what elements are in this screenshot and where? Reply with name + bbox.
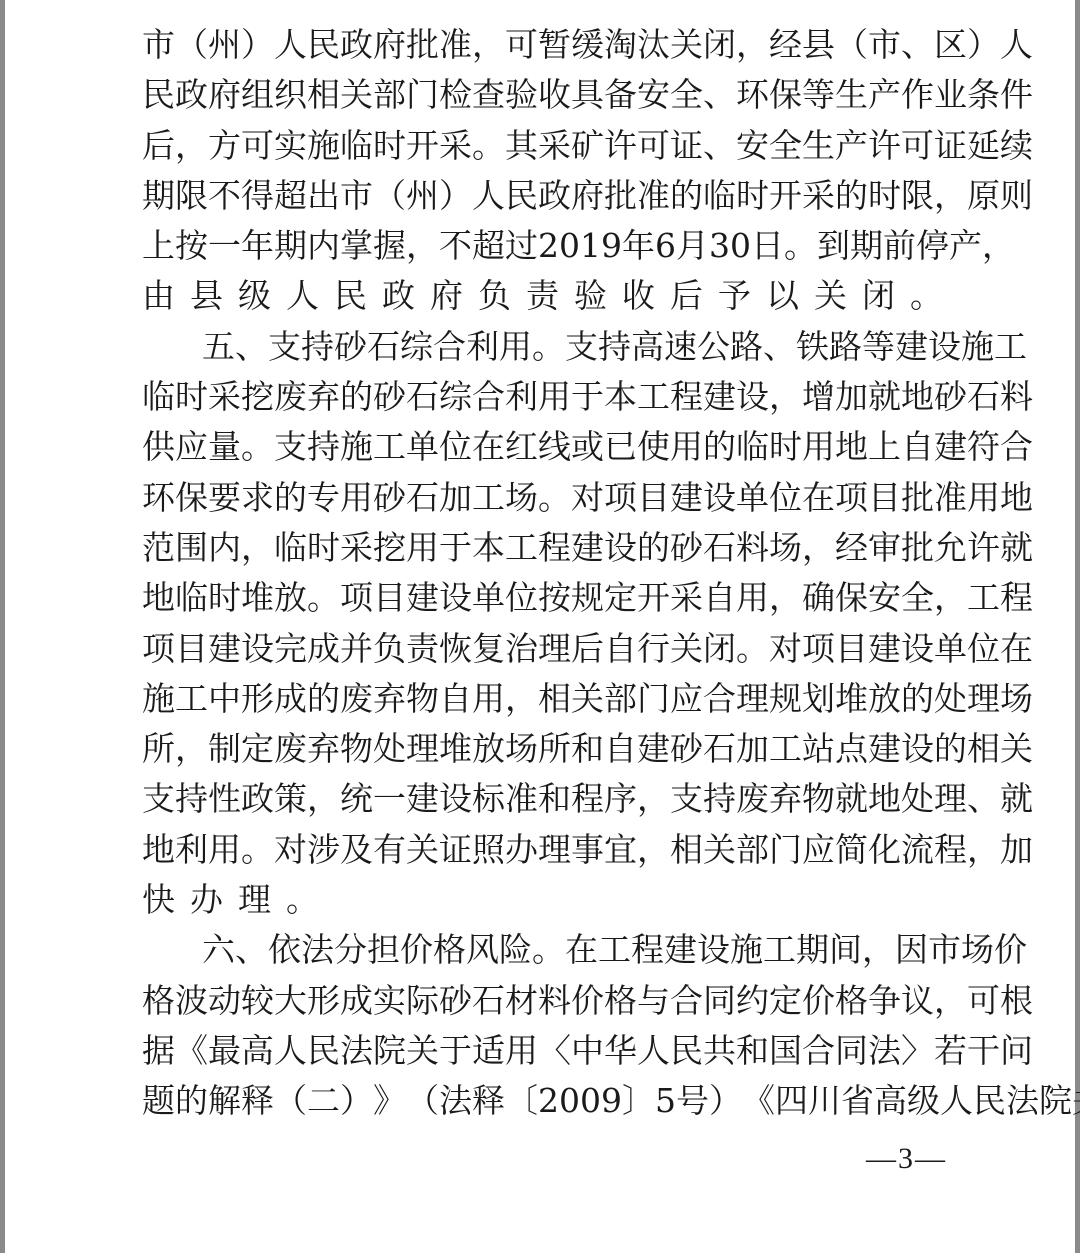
text-line: 施工中形成的废弃物自用，相关部门应合理规划堆放的处理场 [142, 674, 926, 724]
section-five-heading-line: 五、支持砂石综合利用。支持高速公路、铁路等建设施工 [142, 322, 926, 372]
page-edge-right [1075, 0, 1080, 1253]
text-line: 民政府组织相关部门检查验收具备安全、环保等生产作业条件 [142, 70, 926, 120]
text-line: 环保要求的专用砂石加工场。对项目建设单位在项目批准用地 [142, 473, 926, 523]
text-line: 后，方可实施临时开采。其采矿许可证、安全生产许可证延续 [142, 121, 926, 171]
document-page: 市（州）人民政府批准，可暂缓淘汰关闭，经县（市、区）人 民政府组织相关部门检查验… [6, 0, 1074, 1253]
text-line: 范围内，临时采挖用于本工程建设的砂石料场，经审批允许就 [142, 523, 926, 573]
text-line: 地临时堆放。项目建设单位按规定开采自用，确保安全，工程 [142, 573, 926, 623]
text-line: 据《最高人民法院关于适用〈中华人民共和国合同法〉若干问 [142, 1026, 926, 1076]
text-line: 快办理。 [142, 875, 926, 925]
page-number: —3— [866, 1142, 947, 1176]
text-line: 期限不得超出市（州）人民政府批准的临时开采的时限，原则 [142, 171, 926, 221]
text-line: 项目建设完成并负责恢复治理后自行关闭。对项目建设单位在 [142, 624, 926, 674]
text-line: 上按一年期内掌握，不超过2019年6月30日。到期前停产， [142, 221, 926, 271]
text-line: 供应量。支持施工单位在红线或已使用的临时用地上自建符合 [142, 422, 926, 472]
text-line: 由县级人民政府负责验收后予以关闭。 [142, 271, 926, 321]
section-six-heading-line: 六、依法分担价格风险。在工程建设施工期间，因市场价 [142, 925, 926, 975]
text-line: 市（州）人民政府批准，可暂缓淘汰关闭，经县（市、区）人 [142, 20, 926, 70]
text-line: 临时采挖废弃的砂石综合利用于本工程建设，增加就地砂石料 [142, 372, 926, 422]
document-body: 市（州）人民政府批准，可暂缓淘汰关闭，经县（市、区）人 民政府组织相关部门检查验… [142, 20, 926, 1127]
text-line: 支持性政策，统一建设标准和程序，支持废弃物就地处理、就 [142, 774, 926, 824]
text-line: 格波动较大形成实际砂石材料价格与合同约定价格争议，可根 [142, 976, 926, 1026]
text-line: 所，制定废弃物处理堆放场所和自建砂石加工站点建设的相关 [142, 724, 926, 774]
text-line: 题的解释（二）》（法释〔2009〕5号）《四川省高级人民法院关 [142, 1076, 926, 1126]
text-line: 地利用。对涉及有关证照办理事宜，相关部门应简化流程，加 [142, 825, 926, 875]
page-edge-left [0, 0, 5, 1253]
